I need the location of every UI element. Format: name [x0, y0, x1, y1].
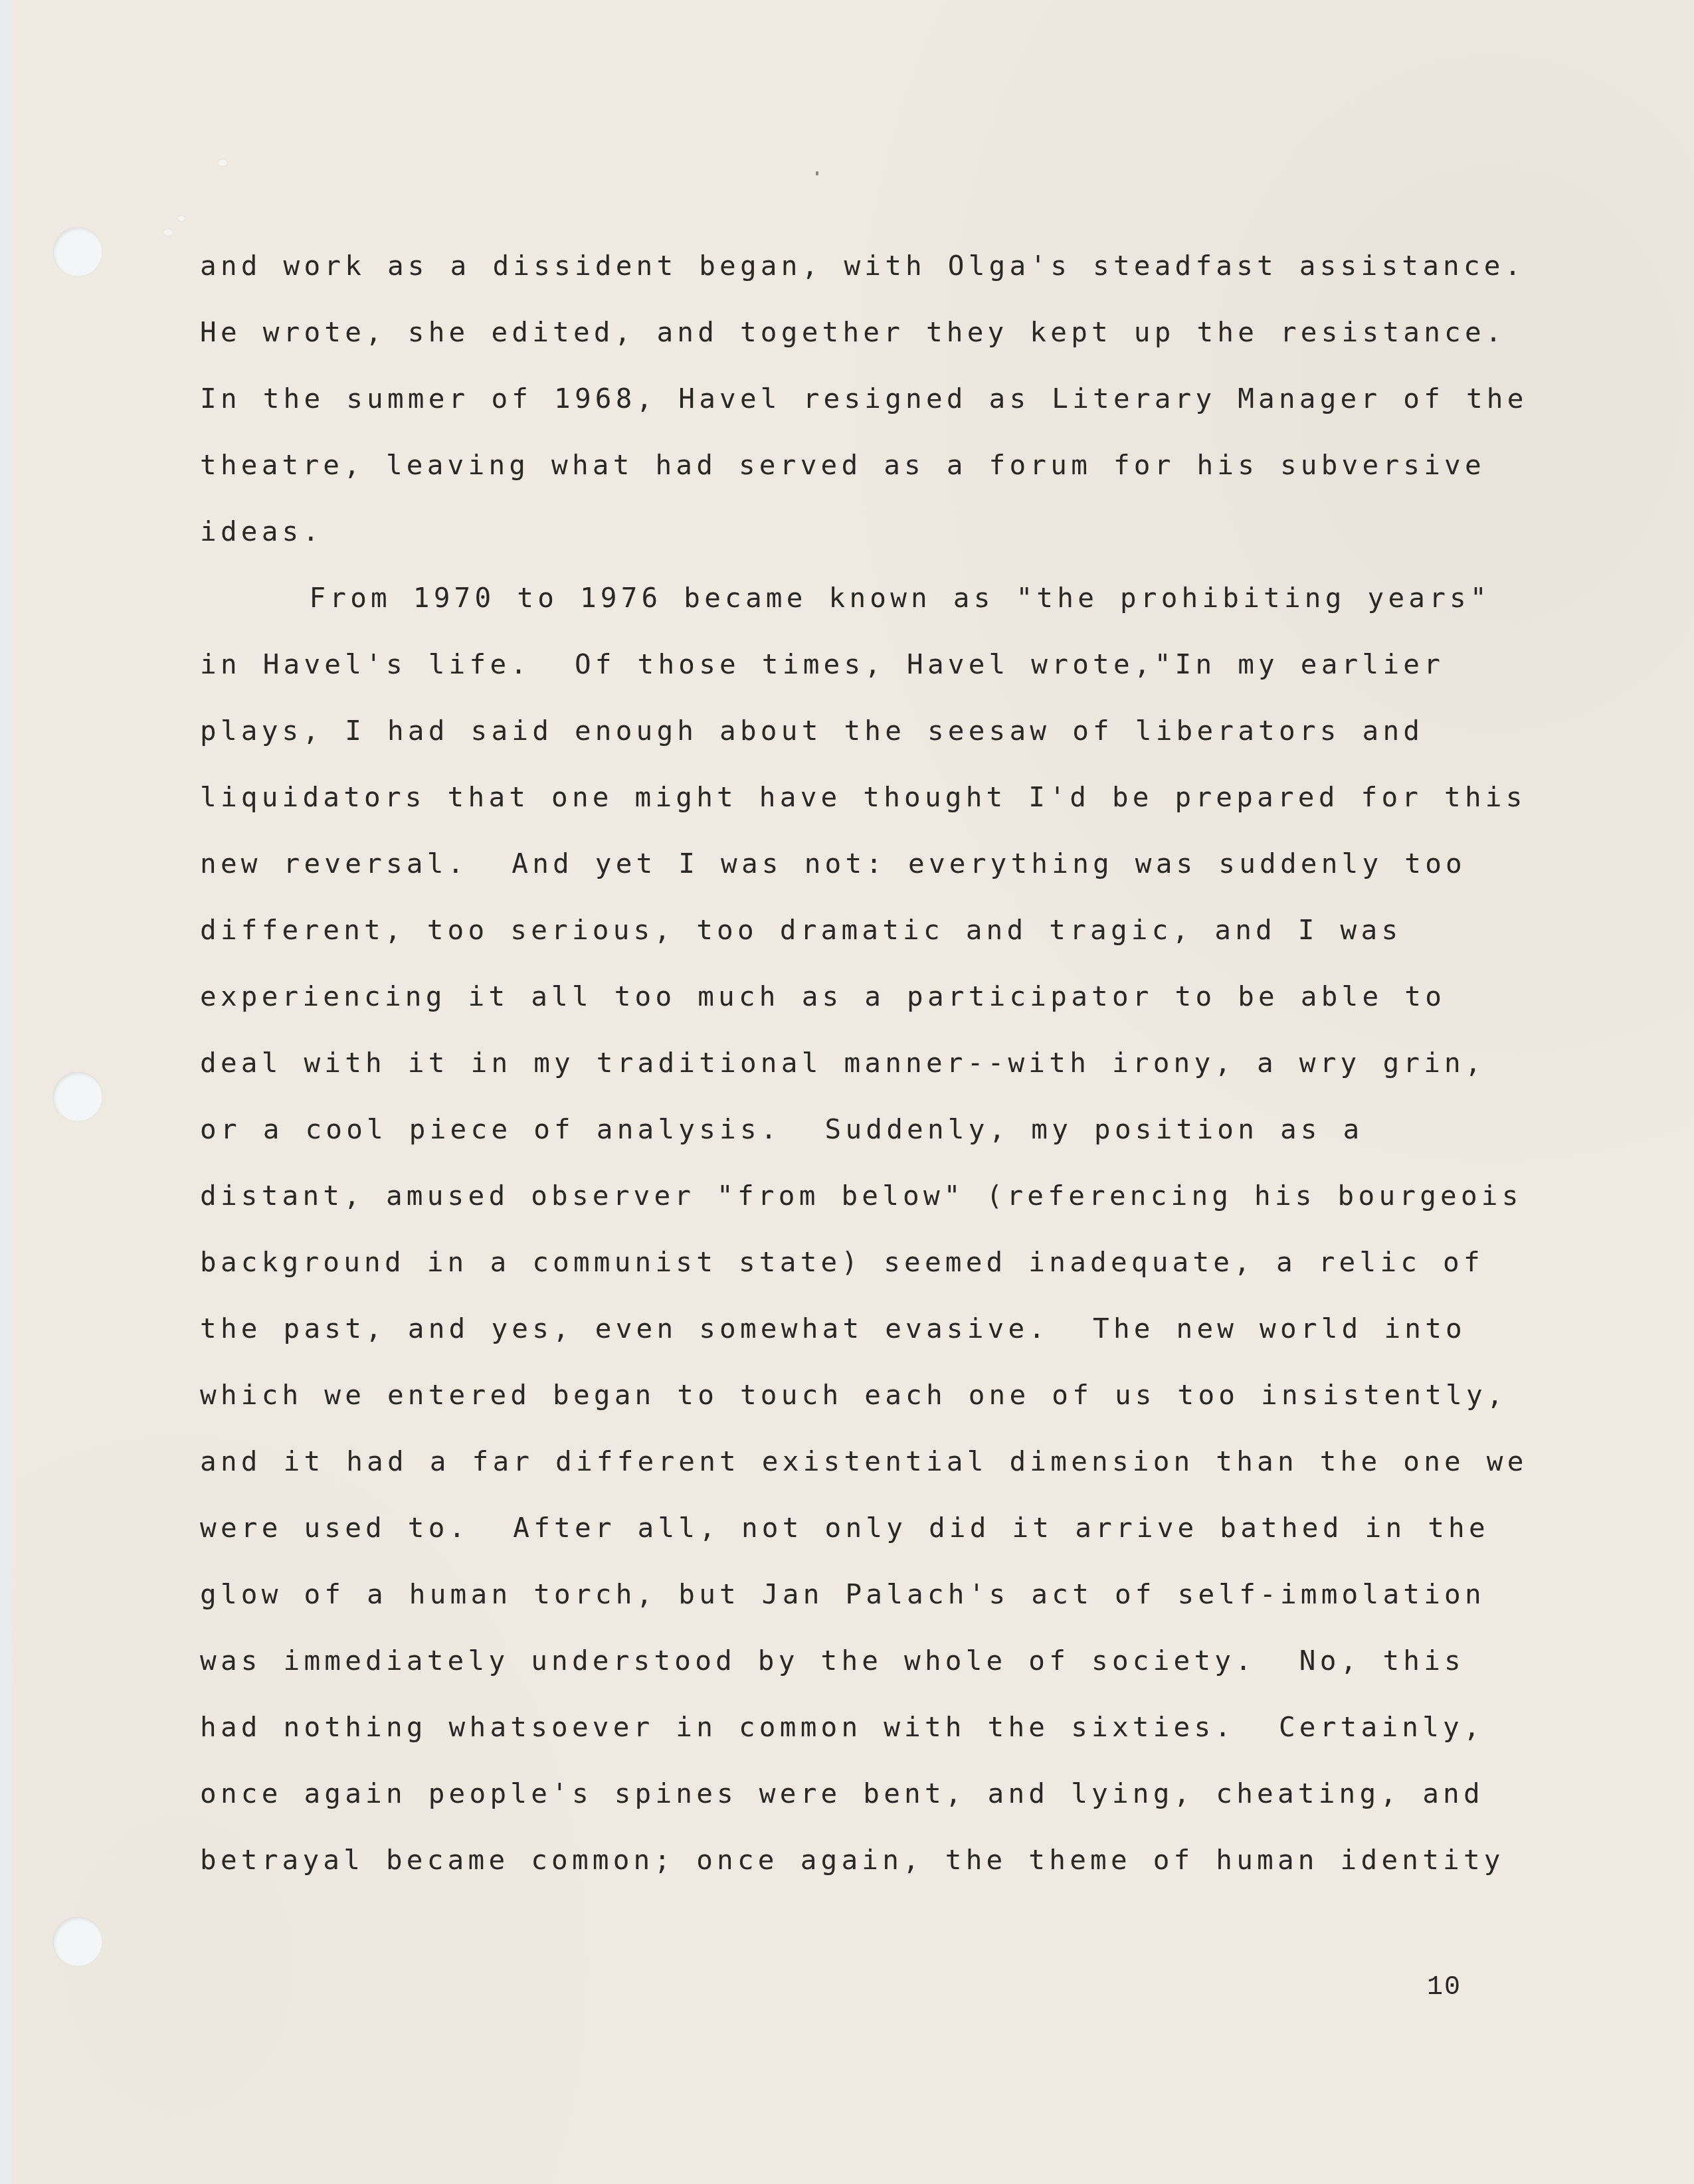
text-line: liquidators that one might have thought …: [200, 777, 1529, 844]
text-line: which we entered began to touch each one…: [200, 1375, 1529, 1441]
text-line: and work as a dissident began, with Olga…: [200, 246, 1529, 312]
paper-dent: [178, 216, 185, 221]
paper-dent: [218, 159, 227, 166]
text-line: and it had a far different existential d…: [200, 1441, 1529, 1508]
text-line: background in a communist state) seemed …: [200, 1242, 1529, 1309]
binder-hole-bottom: [53, 1917, 102, 1966]
text-line: plays, I had said enough about the seesa…: [200, 711, 1529, 777]
text-line: He wrote, she edited, and together they …: [200, 312, 1529, 379]
paper-dent: [163, 229, 173, 236]
text-line: the past, and yes, even somewhat evasive…: [200, 1309, 1529, 1375]
body-text: and work as a dissident began, with Olga…: [200, 246, 1529, 1906]
text-line: ideas.: [200, 511, 1529, 578]
text-line: In the summer of 1968, Havel resigned as…: [200, 379, 1529, 445]
text-line: were used to. After all, not only did it…: [200, 1508, 1529, 1574]
text-line: theatre, leaving what had served as a fo…: [200, 445, 1529, 511]
document-page: and work as a dissident began, with Olga…: [12, 0, 1694, 2184]
text-line: new reversal. And yet I was not: everyth…: [200, 844, 1529, 910]
text-line: once again people's spines were bent, an…: [200, 1774, 1529, 1840]
text-line: was immediately understood by the whole …: [200, 1641, 1529, 1707]
text-line: distant, amused observer "from below" (r…: [200, 1176, 1529, 1242]
text-line: different, too serious, too dramatic and…: [200, 910, 1529, 976]
text-line: in Havel's life. Of those times, Havel w…: [200, 644, 1529, 711]
text-line: or a cool piece of analysis. Suddenly, m…: [200, 1109, 1529, 1176]
page-number: 10: [1427, 1973, 1461, 2003]
scan-edge: [0, 0, 12, 2184]
ink-speck: [816, 171, 818, 175]
binder-hole-middle: [53, 1072, 102, 1121]
text-line: had nothing whatsoever in common with th…: [200, 1707, 1529, 1774]
text-line: deal with it in my traditional manner--w…: [200, 1043, 1529, 1109]
text-line: betrayal became common; once again, the …: [200, 1840, 1529, 1906]
binder-hole-top: [53, 227, 102, 276]
text-line: From 1970 to 1976 became known as "the p…: [200, 578, 1529, 644]
text-line: glow of a human torch, but Jan Palach's …: [200, 1574, 1529, 1641]
text-line: experiencing it all too much as a partic…: [200, 976, 1529, 1043]
